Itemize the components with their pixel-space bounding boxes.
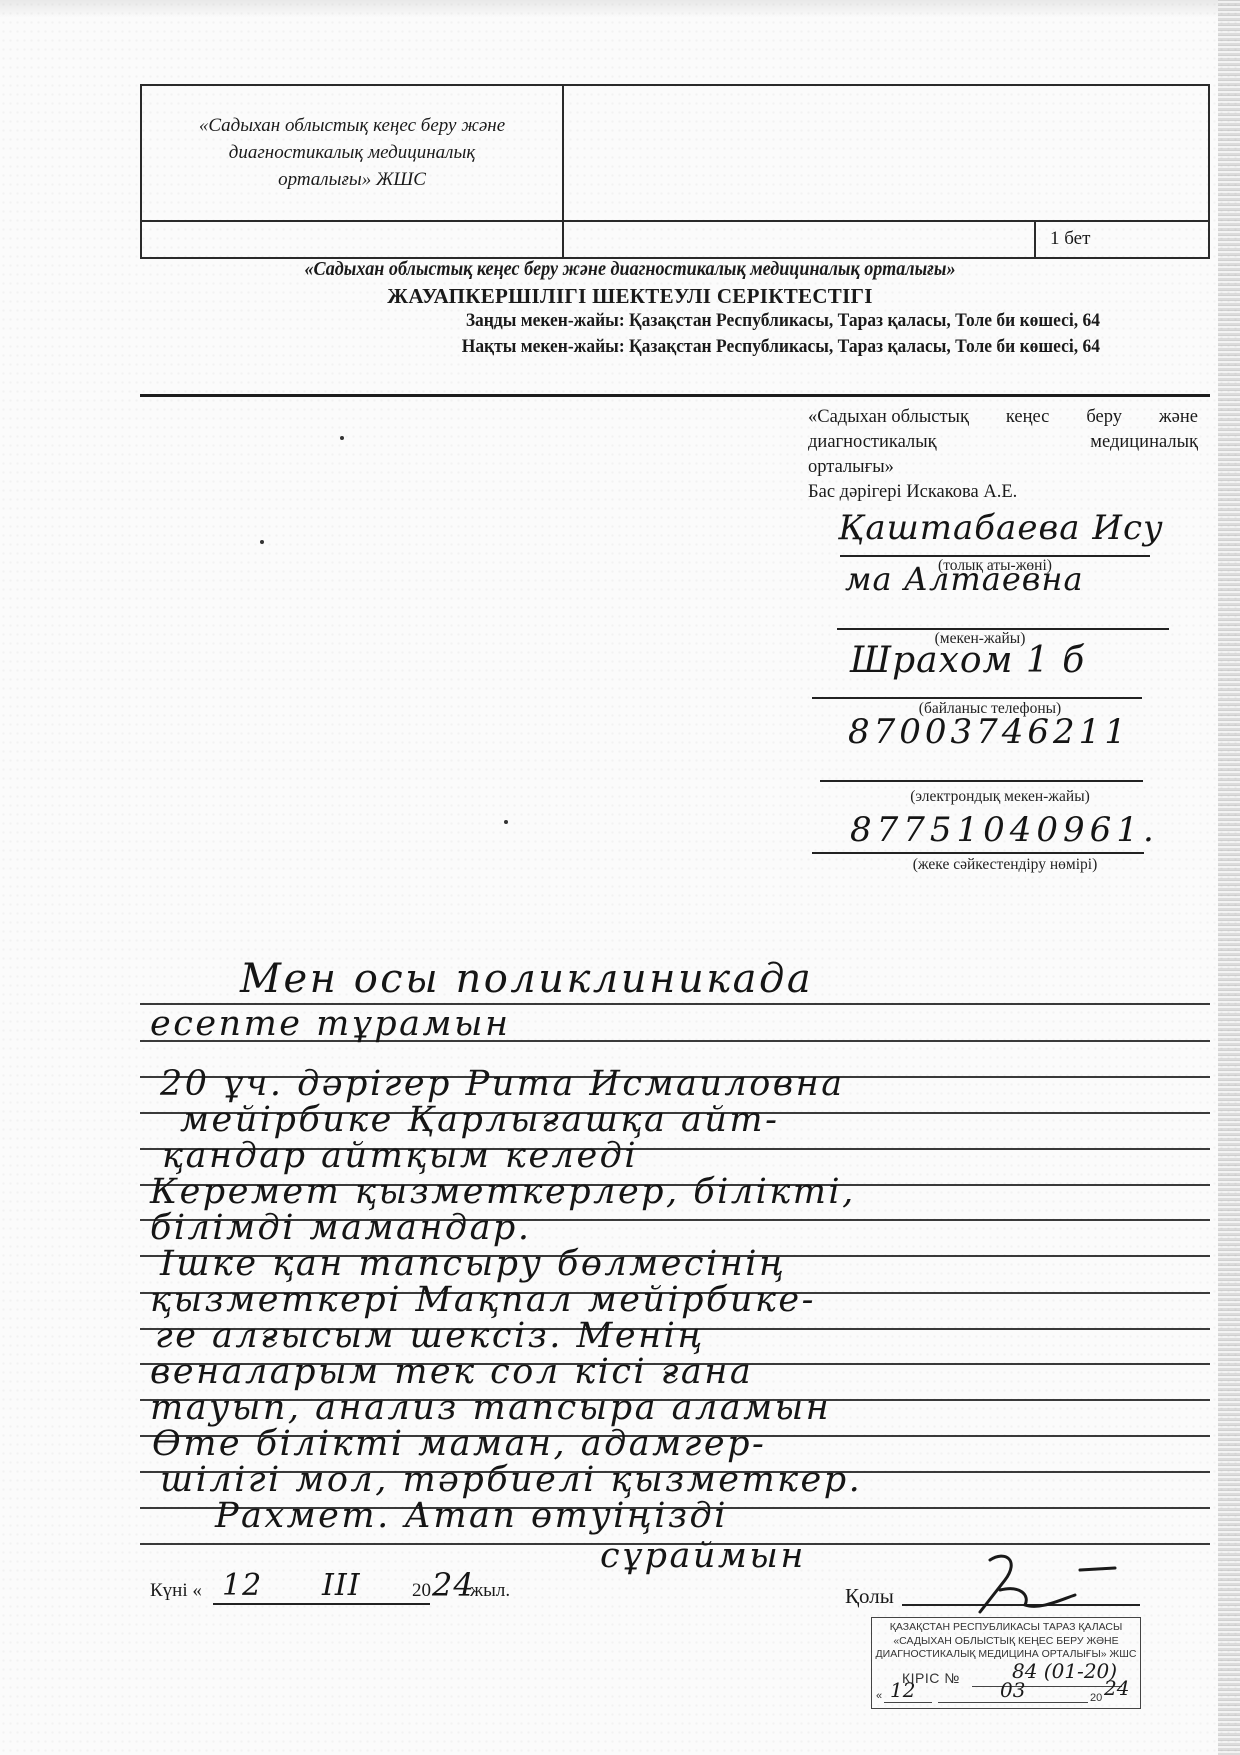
incoming-registration-stamp: ҚАЗАҚСТАН РЕСПУБЛИКАСЫ ТАРАЗ ҚАЛАСЫ «САД… <box>871 1617 1141 1709</box>
body-line: 20 ұч. дәрігер Рита Исмаиловна <box>160 1064 845 1104</box>
header-org-line: орталығы» ЖШС <box>142 166 562 193</box>
scan-speck <box>504 820 508 824</box>
body-line: мейірбике Қарлығашқа айт- <box>180 1100 779 1140</box>
body-line: ге алғысым шексіз. Менің <box>155 1316 705 1356</box>
letterhead-actual-address: Нақты мекен-жайы: Қазақстан Республикасы… <box>318 336 1100 358</box>
email-caption: (электрондық мекен-жайы) <box>880 788 1120 806</box>
scan-speck <box>260 540 264 544</box>
body-line: шілігі мол, тәрбиелі қызметкер. <box>160 1460 862 1500</box>
body-line: есепте тұрамын <box>150 1004 511 1044</box>
date-month-line <box>265 1603 430 1605</box>
phone-line <box>812 697 1142 699</box>
stamp-line: ҚАЗАҚСТАН РЕСПУБЛИКАСЫ ТАРАЗ ҚАЛАСЫ <box>872 1621 1140 1635</box>
addressee-text: орталығы» <box>808 455 1198 480</box>
header-bottom-mid-cell <box>563 221 1035 258</box>
letterhead-legal-address: Заңды мекен-жайы: Қазақстан Республикасы… <box>318 310 1100 332</box>
body-line: тауып, анализ тапсыра аламын <box>150 1388 831 1428</box>
stamp-year-prefix: 20 <box>1090 1692 1102 1706</box>
addressee-text: және <box>1159 405 1198 430</box>
addressee-chief-doctor: Бас дәрігері Искакова А.Е. <box>808 480 1198 505</box>
addressee-text: «Садыхан облыстық <box>808 405 969 430</box>
header-org-line: диагностикалық медициналық <box>142 139 562 166</box>
date-label: Күні « <box>150 1580 202 1602</box>
body-line: Рахмет. Атап өтуіңізді <box>215 1496 728 1536</box>
addressee-text: беру <box>1086 405 1122 430</box>
year-prefix: 20 <box>412 1580 431 1602</box>
body-line: сұраймын <box>600 1536 806 1576</box>
date-day-line <box>213 1603 273 1605</box>
body-line: Ішке қан тапсыру бөлмесінің <box>160 1244 786 1284</box>
page-number: 1 бет <box>1035 221 1209 258</box>
stamp-quote: « <box>876 1690 882 1704</box>
header-org-line: «Садыхан облыстық кеңес беру және <box>142 112 562 139</box>
year-word: жыл. <box>470 1580 510 1602</box>
full-name-handwritten: Қаштабаева Ису <box>838 508 1164 548</box>
body-line: Өте білікті маман, адамгер- <box>152 1424 766 1464</box>
scan-edge <box>1218 0 1240 1755</box>
address-handwritten: Шрахом 1 б <box>850 640 1085 681</box>
signature-label: Қолы <box>845 1584 894 1609</box>
addressee-block: «Садыхан облыстық кеңес беру және диагно… <box>808 405 1198 505</box>
stamp-reg-number: 84 (01-20) <box>1012 1665 1117 1679</box>
stamp-line: «САДЫХАН ОБЛЫСТЫҚ КЕҢЕС БЕРУ ЖӘНЕ <box>872 1635 1140 1649</box>
email-handwritten: 87751040961. <box>850 810 1159 850</box>
email-line <box>820 780 1143 782</box>
body-line: қызметкері Мақпал мейірбике- <box>150 1280 816 1320</box>
body-line: Мен осы поликлиникада <box>240 956 813 1002</box>
scan-speck <box>340 436 344 440</box>
phone-handwritten: 87003746211 <box>848 712 1130 752</box>
iin-caption: (жеке сәйкестендіру нөмірі) <box>880 856 1130 874</box>
letterhead-org-type: ЖАУАПКЕРШІЛІГІ ШЕКТЕУЛІ СЕРІКТЕСТІГІ <box>140 284 1120 309</box>
body-line: білімді мамандар. <box>150 1208 531 1248</box>
body-line: Керемет қызметкерлер, білікті, <box>150 1172 856 1212</box>
stamp-day-line <box>884 1702 932 1703</box>
letterhead-divider <box>140 394 1210 397</box>
addressee-text: диагностикалық <box>808 430 937 455</box>
header-empty-cell <box>563 85 1209 221</box>
full-name-handwritten-cont: ма Алтаевна <box>845 560 1084 598</box>
header-bottom-left-cell <box>141 221 563 258</box>
body-line: веналарым тек сол кісі ғана <box>150 1352 753 1392</box>
stamp-month: 03 <box>1000 1684 1025 1698</box>
letterhead-org-name: «Садыхан облыстық кеңес беру және диагно… <box>174 259 1085 281</box>
year-handwritten: 24 <box>432 1566 475 1604</box>
stamp-year: 24 <box>1104 1682 1129 1696</box>
stamp-reg-line <box>972 1686 1122 1687</box>
date-month-handwritten: III <box>322 1568 361 1603</box>
scan-top-shadow <box>0 0 1240 18</box>
header-table: «Садыхан облыстық кеңес беру және диагно… <box>140 84 1210 259</box>
iin-line <box>812 852 1144 854</box>
date-day-handwritten: 12 <box>222 1568 262 1603</box>
addressee-text: кеңес <box>1006 405 1050 430</box>
stamp-month-line <box>938 1702 1088 1703</box>
header-org-cell: «Садыхан облыстық кеңес беру және диагно… <box>141 85 563 221</box>
addressee-text: медициналық <box>1090 430 1198 455</box>
stamp-day: 12 <box>890 1684 915 1698</box>
body-line: қандар айтқым келеді <box>162 1136 638 1176</box>
